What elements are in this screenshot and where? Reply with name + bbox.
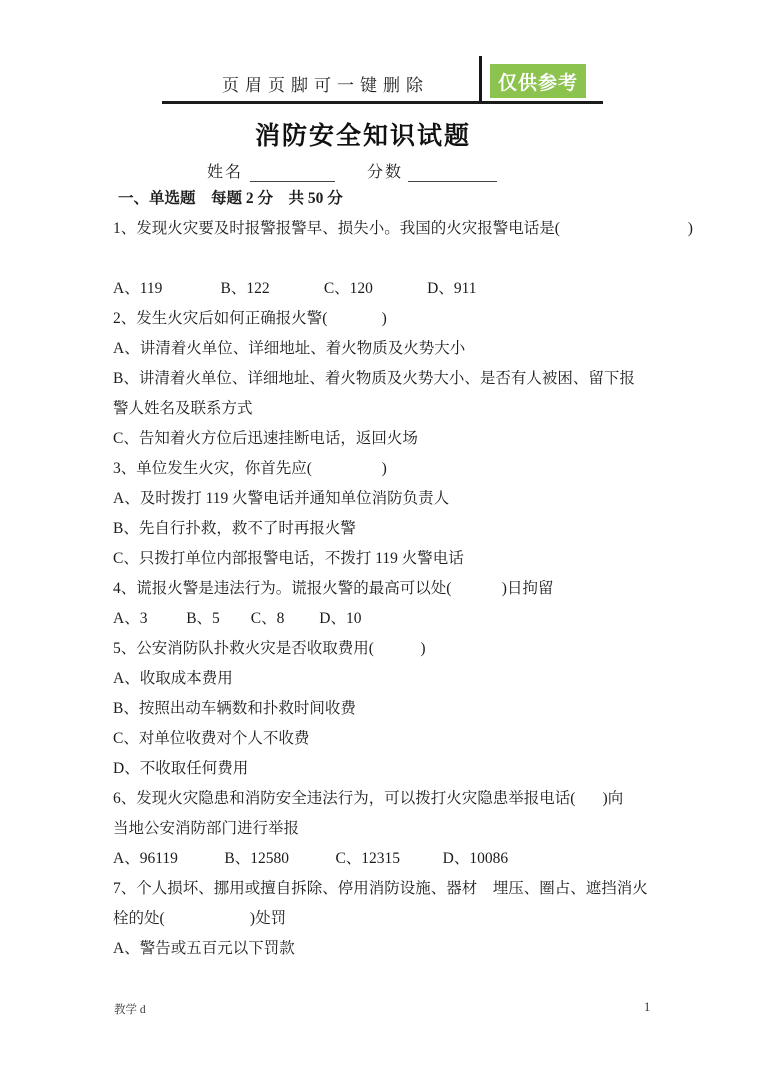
score-label: 分数 — [367, 159, 403, 182]
text-line: 5、公安消防队扑救火灾是否收取费用( ) — [113, 634, 673, 664]
text-line: 栓的处( )处罚 — [113, 904, 673, 934]
text-line: 7、个人损坏、挪用或擅自拆除、停用消防设施、器材 埋压、圈占、遮挡消火 — [113, 874, 673, 904]
text-line: A、3 B、5 C、8 D、10 — [113, 604, 673, 634]
text-line: A、及时拨打 119 火警电话并通知单位消防负责人 — [113, 484, 673, 514]
document-page: 页眉页脚可一键删除 仅供参考 消防安全知识试题 姓名 分数 一、单选题 每题 2… — [0, 0, 763, 1080]
footer-text: 教学 d — [114, 1001, 146, 1017]
score-blank-field — [408, 164, 497, 182]
header-note: 页眉页脚可一键删除 — [222, 71, 429, 96]
text-line: B、按照出动车辆数和扑救时间收费 — [113, 694, 673, 724]
reference-badge: 仅供参考 — [490, 64, 586, 98]
text-line: 2、发生火灾后如何正确报火警( ) — [113, 304, 673, 334]
page-number: 1 — [644, 1000, 650, 1015]
text-line: B、讲清着火单位、详细地址、着火物质及火势大小、是否有人被困、留下报 — [113, 364, 673, 394]
text-line: C、告知着火方位后迅速挂断电话，返回火场 — [113, 424, 673, 454]
text-line: 4、谎报火警是违法行为。谎报火警的最高可以处( )日拘留 — [113, 574, 673, 604]
text-line: A、119 B、122 C、120 D、911 — [113, 274, 673, 304]
section-heading: 一、单选题 每题 2 分 共 50 分 — [113, 184, 673, 214]
body-lines: 1、发现火灾要及时报警报警早、损失小。我国的火灾报警电话是( )A、119 B、… — [113, 214, 673, 964]
text-line: A、收取成本费用 — [113, 664, 673, 694]
name-score-row: 姓名 分数 — [207, 159, 497, 182]
text-line: D、不收取任何费用 — [113, 754, 673, 784]
text-line: C、只拨打单位内部报警电话，不拨打 119 火警电话 — [113, 544, 673, 574]
text-line: A、讲清着火单位、详细地址、着火物质及火势大小 — [113, 334, 673, 364]
text-line: 6、发现火灾隐患和消防安全违法行为，可以拨打火灾隐患举报电话( )向 — [113, 784, 673, 814]
text-line — [113, 244, 673, 274]
page-title: 消防安全知识试题 — [0, 116, 726, 152]
text-line: 当地公安消防部门进行举报 — [113, 814, 673, 844]
text-line: B、先自行扑救，救不了时再报火警 — [113, 514, 673, 544]
name-blank-field — [250, 164, 335, 182]
text-line: A、警告或五百元以下罚款 — [113, 934, 673, 964]
text-line: C、对单位收费对个人不收费 — [113, 724, 673, 754]
header-rule — [162, 101, 603, 104]
text-line: 3、单位发生火灾，你首先应( ) — [113, 454, 673, 484]
text-line: A、96119 B、12580 C、12315 D、10086 — [113, 844, 673, 874]
text-line: 警人姓名及联系方式 — [113, 394, 673, 424]
text-line: 1、发现火灾要及时报警报警早、损失小。我国的火灾报警电话是( ) — [113, 214, 673, 244]
header-vertical-divider — [479, 56, 482, 103]
name-label: 姓名 — [207, 159, 243, 182]
question-body: 一、单选题 每题 2 分 共 50 分 1、发现火灾要及时报警报警早、损失小。我… — [113, 184, 673, 964]
